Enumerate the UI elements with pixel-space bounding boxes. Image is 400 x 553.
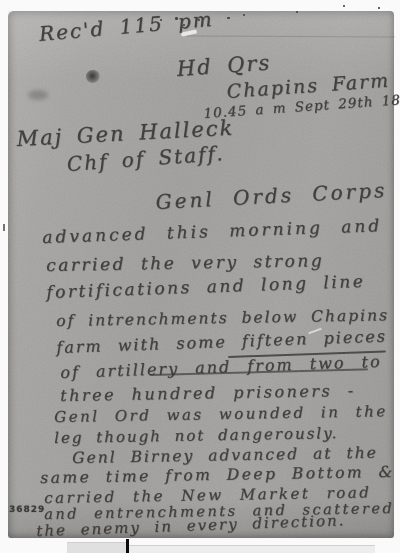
archive-number-stamp: 36829: [9, 505, 45, 515]
next-page-edge: [129, 545, 375, 553]
dust-speck: [378, 7, 380, 9]
paper-smudge: [28, 90, 48, 100]
next-page-edge: [67, 542, 126, 553]
dust-speck: [296, 11, 298, 13]
margin-mark: [3, 224, 5, 231]
ink-blot: [86, 70, 100, 83]
dust-speck: [243, 14, 245, 16]
document-photo: Rec'd 115 pm Hd Qrs Chapins Farm 10.45 a…: [0, 0, 400, 553]
dust-speck: [343, 5, 345, 7]
dust-speck: [227, 17, 230, 19]
